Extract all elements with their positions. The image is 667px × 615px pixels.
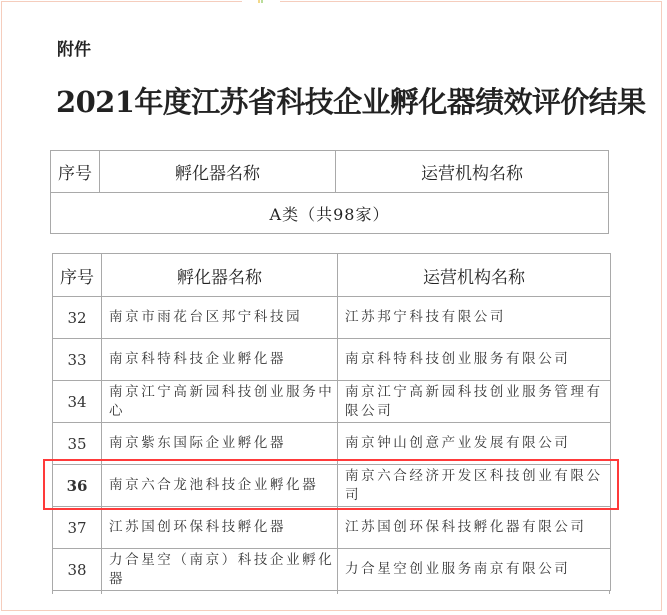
- table-row: 33 南京科特科技企业孵化器 南京科特科技创业服务有限公司: [53, 339, 611, 381]
- incubator-name: 南京市雨花台区邦宁科技园: [102, 297, 338, 339]
- col-header-no: 序号: [53, 254, 102, 297]
- leaf-decoration-icon: [258, 0, 264, 3]
- row-no: 33: [53, 339, 102, 381]
- row-no: 32: [53, 297, 102, 339]
- category-row: A类（共98家）: [51, 193, 609, 234]
- incubator-name: 南京江宁高新园科技创业服务中心: [102, 381, 338, 423]
- col-header-no: 序号: [51, 151, 100, 193]
- row-no: 37: [53, 507, 102, 549]
- operator-name: 南京科特科技创业服务有限公司: [338, 339, 611, 381]
- grid-continuation: [609, 591, 610, 594]
- table-header-row: 序号 孵化器名称 运营机构名称: [51, 151, 609, 193]
- operator-name: 南京江宁高新园科技创业服务管理有限公司: [338, 381, 611, 423]
- attachment-label: 附件: [57, 35, 91, 60]
- col-header-incubator: 孵化器名称: [100, 151, 336, 193]
- table-row: 32 南京市雨花台区邦宁科技园 江苏邦宁科技有限公司: [53, 297, 611, 339]
- row-no: 38: [53, 549, 102, 591]
- table-row: 34 南京江宁高新园科技创业服务中心 南京江宁高新园科技创业服务管理有限公司: [53, 381, 611, 423]
- col-header-operator: 运营机构名称: [338, 254, 611, 297]
- incubator-name: 南京科特科技企业孵化器: [102, 339, 338, 381]
- grid-continuation: [101, 591, 102, 594]
- table-row: 38 力合星空（南京）科技企业孵化器 力合星空创业服务南京有限公司: [53, 549, 611, 591]
- row-no: 34: [53, 381, 102, 423]
- header-table: 序号 孵化器名称 运营机构名称 A类（共98家）: [50, 150, 609, 234]
- operator-name: 江苏邦宁科技有限公司: [338, 297, 611, 339]
- document-title: 2021年度江苏省科技企业孵化器绩效评价结果: [56, 80, 646, 121]
- col-header-operator: 运营机构名称: [336, 151, 609, 193]
- table-header-row: 序号 孵化器名称 运营机构名称: [53, 254, 611, 297]
- grid-continuation: [337, 591, 338, 594]
- incubator-name: 力合星空（南京）科技企业孵化器: [102, 549, 338, 591]
- grid-continuation: [52, 591, 53, 594]
- category-label: A类（共98家）: [51, 193, 609, 234]
- col-header-incubator: 孵化器名称: [102, 254, 338, 297]
- results-table: 序号 孵化器名称 运营机构名称 32 南京市雨花台区邦宁科技园 江苏邦宁科技有限…: [52, 253, 611, 591]
- highlight-box: [43, 459, 619, 510]
- operator-name: 力合星空创业服务南京有限公司: [338, 549, 611, 591]
- operator-name: 江苏国创环保科技孵化器有限公司: [338, 507, 611, 549]
- table-row: 37 江苏国创环保科技孵化器 江苏国创环保科技孵化器有限公司: [53, 507, 611, 549]
- incubator-name: 江苏国创环保科技孵化器: [102, 507, 338, 549]
